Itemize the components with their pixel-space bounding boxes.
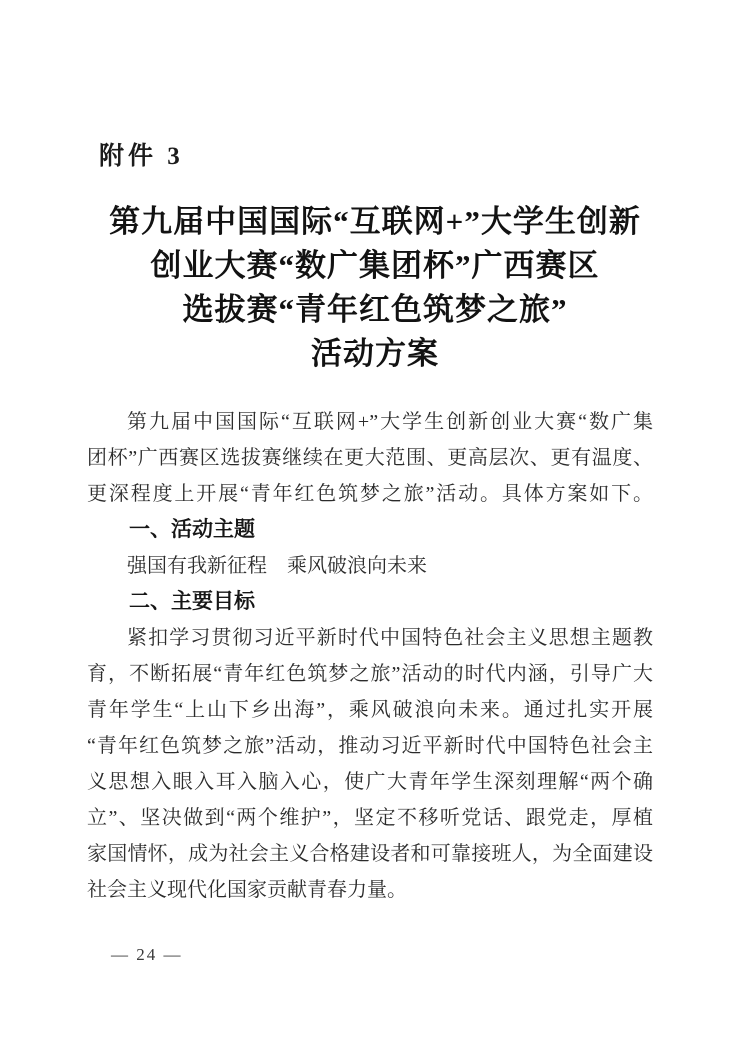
section-heading-2: 二、主要目标 bbox=[87, 584, 653, 620]
title-line-4: 活动方案 bbox=[0, 332, 750, 376]
paragraph-line: 育，不断拓展“青年红色筑梦之旅”活动的时代内涵，引导广大 bbox=[87, 656, 653, 692]
attachment-label: 附件 3 bbox=[99, 136, 184, 172]
paragraph-line: “青年红色筑梦之旅”活动，推动习近平新时代中国特色社会主 bbox=[87, 728, 653, 764]
paragraph-line: 青年学生“上山下乡出海”，乘风破浪向未来。通过扎实开展 bbox=[87, 692, 653, 728]
document-body: 第九届中国国际“互联网+”大学生创新创业大赛“数广集 团杯”广西赛区选拔赛继续在… bbox=[87, 404, 653, 908]
paragraph-line: 更深程度上开展“青年红色筑梦之旅”活动。具体方案如下。 bbox=[87, 476, 653, 512]
title-line-3: 选拔赛“青年红色筑梦之旅” bbox=[0, 288, 750, 332]
paragraph-line: 家国情怀，成为社会主义合格建设者和可靠接班人，为全面建设 bbox=[87, 836, 653, 872]
paragraph-line: 团杯”广西赛区选拔赛继续在更大范围、更高层次、更有温度、 bbox=[87, 440, 653, 476]
title-line-1: 第九届中国国际“互联网+”大学生创新 bbox=[0, 200, 750, 244]
paragraph-line: 社会主义现代化国家贡献青春力量。 bbox=[87, 872, 653, 908]
paragraph-line: 义思想入眼入耳入脑入心，使广大青年学生深刻理解“两个确 bbox=[87, 764, 653, 800]
document-title: 第九届中国国际“互联网+”大学生创新 创业大赛“数广集团杯”广西赛区 选拔赛“青… bbox=[0, 200, 750, 376]
page-number: — 24 — bbox=[111, 945, 183, 965]
title-line-2: 创业大赛“数广集团杯”广西赛区 bbox=[0, 244, 750, 288]
paragraph-line: 紧扣学习贯彻习近平新时代中国特色社会主义思想主题教 bbox=[87, 620, 653, 656]
section-heading-1: 一、活动主题 bbox=[87, 512, 653, 548]
theme-line: 强国有我新征程 乘风破浪向未来 bbox=[87, 548, 653, 584]
paragraph-line: 第九届中国国际“互联网+”大学生创新创业大赛“数广集 bbox=[87, 404, 653, 440]
paragraph-line: 立”、坚决做到“两个维护”，坚定不移听党话、跟党走，厚植 bbox=[87, 800, 653, 836]
document-page: 附件 3 第九届中国国际“互联网+”大学生创新 创业大赛“数广集团杯”广西赛区 … bbox=[0, 0, 750, 1060]
